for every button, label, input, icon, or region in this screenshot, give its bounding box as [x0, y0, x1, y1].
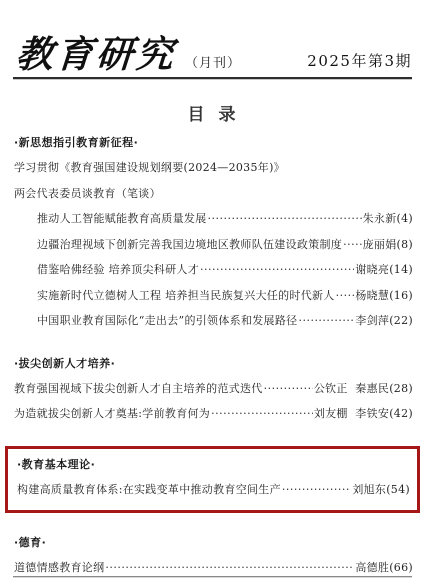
dot-leader: [211, 401, 313, 427]
journal-toc-page: 教育研究 （月刊） 2025年第3期 目 录 ·新思想指引教育新征程·学习贯彻《…: [0, 0, 427, 586]
article-authors-page: 公钦正 秦惠民(28): [314, 376, 413, 402]
dot-leader: [264, 376, 313, 402]
highlight-box: ·教育基本理论·构建高质量教育体系:在实践变革中推动教育空间生产刘旭东(54): [5, 446, 420, 514]
article-title: 实施新时代立德树人工程 培养担当民族复兴大任的时代新人: [37, 283, 335, 309]
article-title: 中国职业教育国际化“走出去”的引领体系和发展路径: [37, 308, 297, 334]
article-title: 为造就拔尖创新人才奠基:学前教育何为: [14, 401, 210, 427]
toc-section: ·拔尖创新人才培养·教育强国视域下拔尖创新人才自主培养的范式迭代公钦正 秦惠民(…: [14, 351, 413, 427]
toc-item: 借鉴哈佛经验 培养顶尖科研人才谢晓亮(14): [14, 257, 413, 283]
article-title: 构建高质量教育体系:在实践变革中推动教育空间生产: [17, 477, 281, 503]
footer-divider-rule: [13, 576, 412, 578]
toc-sections: ·新思想指引教育新征程·学习贯彻《教育强国建设规划纲要(2024—2035年)》…: [14, 130, 413, 581]
section-heading: ·德育·: [14, 530, 413, 555]
dot-leader: [343, 232, 362, 258]
toc-item: 学习贯彻《教育强国建设规划纲要(2024—2035年)》: [14, 155, 413, 181]
toc-item: 构建高质量教育体系:在实践变革中推动教育空间生产刘旭东(54): [17, 477, 410, 503]
toc-item: 中国职业教育国际化“走出去”的引领体系和发展路径李剑萍(22): [14, 308, 413, 334]
article-authors-page: 庞丽娟(8): [363, 232, 413, 258]
article-title: 两会代表委员谈教育（笔谈）: [14, 181, 161, 207]
article-authors-page: 谢晓亮(14): [355, 257, 413, 283]
journal-issue-label: 2025年第3期: [307, 50, 412, 76]
toc-title: 目 录: [0, 100, 427, 125]
article-authors-page: 朱永新(4): [363, 206, 413, 232]
article-title: 借鉴哈佛经验 培养顶尖科研人才: [37, 257, 199, 283]
dot-leader: [298, 308, 354, 334]
toc-section: ·新思想指引教育新征程·学习贯彻《教育强国建设规划纲要(2024—2035年)》…: [14, 130, 413, 334]
dot-leader: [336, 283, 355, 309]
section-heading: ·教育基本理论·: [17, 452, 410, 477]
dot-leader: [282, 477, 351, 503]
journal-frequency-label: （月刊）: [185, 52, 241, 76]
toc-item: 教育强国视域下拔尖创新人才自主培养的范式迭代公钦正 秦惠民(28): [14, 376, 413, 402]
article-authors-page: 刘友棚 李铁安(42): [314, 401, 413, 427]
journal-masthead-calligraphy: 教育研究: [14, 32, 177, 76]
toc-section: ·德育·道德情感教育论纲高德胜(66): [14, 530, 413, 581]
article-title: 学习贯彻《教育强国建设规划纲要(2024—2035年)》: [14, 155, 285, 181]
section-heading: ·拔尖创新人才培养·: [14, 351, 413, 376]
dot-leader: [208, 206, 362, 232]
toc-item: 边疆治理视域下创新完善我国边境地区教师队伍建设政策制度庞丽娟(8): [14, 232, 413, 258]
journal-header: 教育研究 （月刊） 2025年第3期: [16, 28, 412, 76]
article-authors-page: 杨晓慧(16): [355, 283, 413, 309]
article-title: 推动人工智能赋能教育高质量发展: [37, 206, 207, 232]
toc-item: 实施新时代立德树人工程 培养担当民族复兴大任的时代新人杨晓慧(16): [14, 283, 413, 309]
article-title: 边疆治理视域下创新完善我国边境地区教师队伍建设政策制度: [37, 232, 342, 258]
header-divider-rule: [13, 77, 412, 80]
article-title: 教育强国视域下拔尖创新人才自主培养的范式迭代: [14, 376, 263, 402]
toc-item: 两会代表委员谈教育（笔谈）: [14, 181, 413, 207]
article-authors-page: 刘旭东(54): [352, 477, 410, 503]
dot-leader: [200, 257, 354, 283]
section-heading: ·新思想指引教育新征程·: [14, 130, 413, 155]
article-authors-page: 李剑萍(22): [355, 308, 413, 334]
toc-item: 推动人工智能赋能教育高质量发展朱永新(4): [14, 206, 413, 232]
toc-item: 为造就拔尖创新人才奠基:学前教育何为刘友棚 李铁安(42): [14, 401, 413, 427]
